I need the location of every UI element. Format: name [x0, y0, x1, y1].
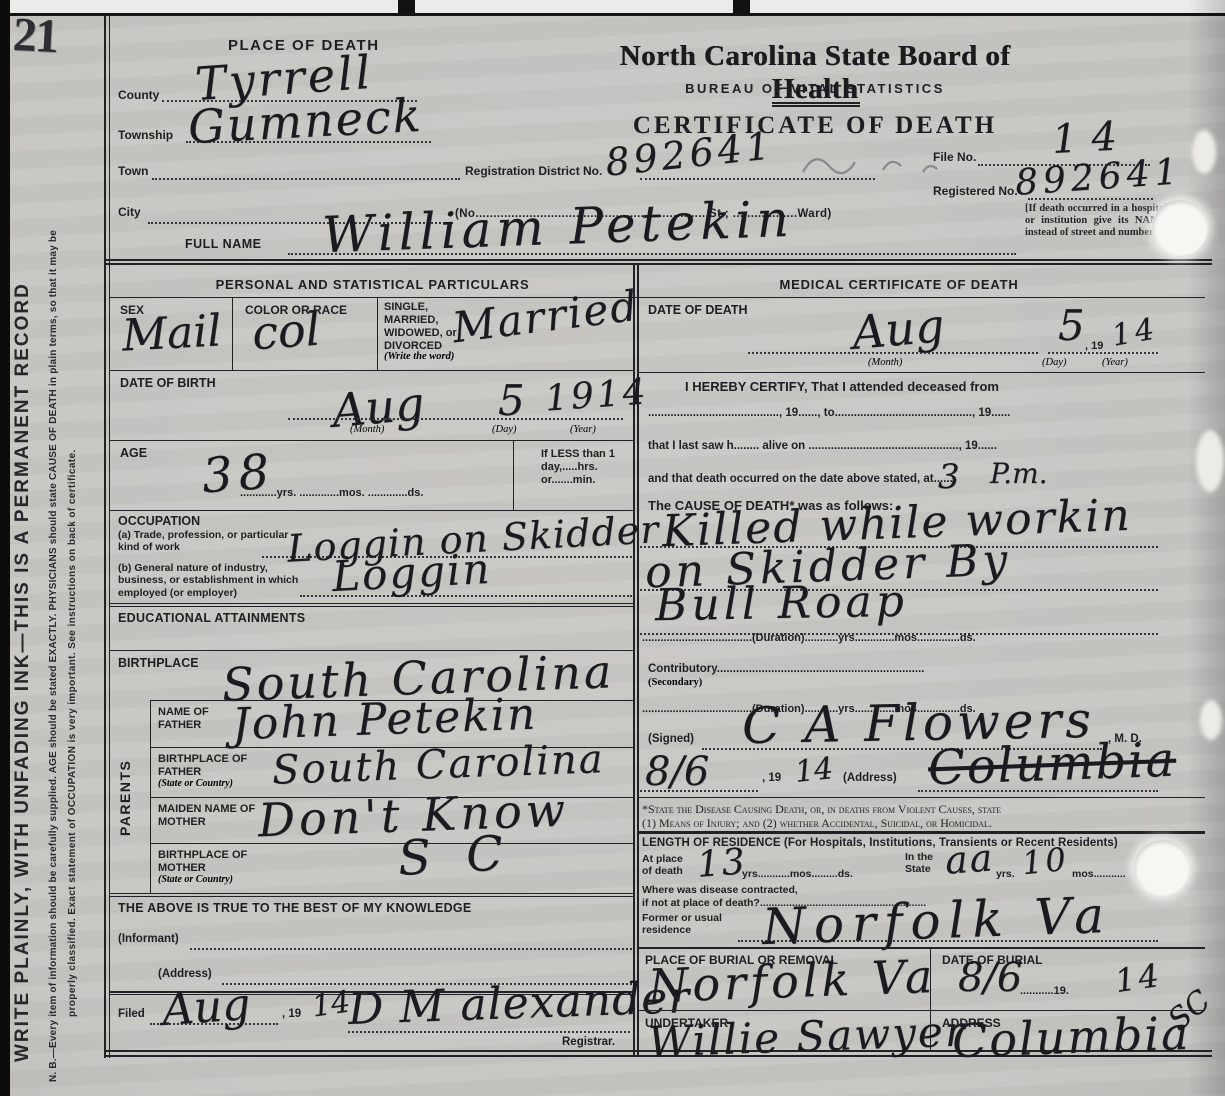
age-units: ............yrs. .............mos. .....… [240, 487, 423, 500]
day-sublabel: (Day) [1042, 357, 1067, 368]
signed-label: (Signed) [648, 733, 694, 747]
contributory-label: Contributory............................… [648, 663, 924, 677]
footnote-line-1: *State the Disease Causing Death, or, in… [642, 802, 1001, 817]
cell-divider [513, 440, 514, 510]
death-meridiem-value: P.m. [990, 460, 1048, 488]
punch-hole [1134, 840, 1190, 896]
undertaker-address-value: Columbia [951, 1010, 1191, 1064]
row-line [110, 510, 634, 511]
hospital-note: [If death occurred in a hospital or inst… [1025, 203, 1167, 239]
attest-statement: THE ABOVE IS TRUE TO THE BEST OF MY KNOW… [118, 901, 472, 916]
row-line [150, 843, 634, 844]
state-country-note: (State or Country) [158, 778, 233, 789]
date-of-death-label: DATE OF DEATH [648, 303, 748, 318]
dob-line [288, 418, 623, 420]
burial-19: ...........19. [1020, 985, 1069, 998]
file-no-value: 14 [1051, 116, 1132, 160]
death-occurred-line: and that death occurred on the date abov… [648, 473, 956, 487]
duration-line: ....................................(Dur… [642, 632, 976, 645]
cell-divider [377, 297, 378, 371]
burial-date-value: 8/6 [958, 958, 1022, 998]
date-of-death-line [1048, 352, 1158, 354]
township-value: Gumneck [187, 92, 424, 150]
row-line [110, 893, 634, 894]
occupation-a-label: (a) Trade, profession, or particular kin… [118, 529, 290, 554]
filed-year-value: 14 [310, 987, 352, 1022]
header-divider [772, 102, 860, 104]
row-line [110, 440, 634, 441]
margin-warning-text: WRITE PLAINLY, WITH UNFADING INK—THIS IS… [12, 200, 38, 1062]
paper-tear [1200, 700, 1222, 740]
death-certificate-scan: 21 WRITE PLAINLY, WITH UNFADING INK—THIS… [0, 0, 1225, 1096]
signed-date-value: 8/6 [645, 752, 709, 792]
secondary-label: (Secondary) [648, 677, 702, 688]
date-of-death-day: 5 [1058, 305, 1085, 347]
mother-birthplace-label: BIRTHPLACE OF MOTHER [158, 849, 248, 875]
city-label: City [118, 205, 141, 219]
father-birthplace-label: BIRTHPLACE OF FATHER [158, 753, 248, 779]
sex-value: Mail [121, 309, 223, 358]
registrar-signature: D M alexander [347, 976, 691, 1032]
filed-19: , 19 [282, 1008, 301, 1022]
registered-no-value: 892641 [1014, 154, 1184, 202]
file-no-label: File No. [933, 150, 976, 164]
burial-place-value: Norfolk Va [647, 953, 937, 1009]
bureau-subtitle: BUREAU OF VITAL STATISTICS [590, 81, 1040, 96]
certify-dates-line: ........................................… [648, 407, 1010, 421]
header-rule [104, 263, 1212, 265]
occupation-b-value: Loggin [331, 548, 492, 598]
medical-section-title: MEDICAL CERTIFICATE OF DEATH [638, 277, 1160, 292]
row-line [110, 370, 634, 371]
state-country-note: (State or Country) [158, 874, 233, 885]
year-sublabel: (Year) [570, 424, 596, 435]
page-number-stamp: 21 [12, 7, 59, 64]
in-state-mos-value: 10 [1020, 843, 1070, 880]
marital-note: (Write the word) [384, 351, 454, 362]
row-line [110, 896, 634, 897]
dob-label: DATE OF BIRTH [120, 376, 216, 391]
burial-year-value: 14 [1113, 959, 1164, 997]
heavy-rule [638, 831, 1205, 834]
color-race-value: col [250, 306, 321, 357]
full-name-value: William Petekin [321, 194, 794, 260]
father-name-label: NAME OF FATHER [158, 706, 238, 732]
certify-statement: I HEREBY CERTIFY, That I attended deceas… [685, 379, 999, 394]
date-of-death-year: 14 [1110, 314, 1161, 352]
form-left-rule [104, 16, 106, 1058]
form-left-rule [109, 16, 110, 1058]
dob-year-value: 1914 [544, 374, 650, 417]
filed-month-value: Aug [161, 983, 252, 1033]
in-state-mos-label: mos........... [1072, 868, 1126, 880]
registered-no-label: Registered No. [933, 184, 1018, 198]
punch-hole [1152, 200, 1208, 256]
in-state-yrs-label: yrs. [996, 868, 1015, 880]
row-line [638, 372, 1205, 373]
informant-address-label: (Address) [158, 968, 212, 982]
row-line [638, 947, 1205, 949]
month-sublabel: (Month) [350, 424, 384, 435]
left-scan-edge [0, 0, 10, 1096]
signed-year-value: 14 [794, 754, 835, 788]
row-line [110, 603, 634, 604]
age-less-note: If LESS than 1 day,.....hrs. or.......mi… [541, 448, 631, 487]
town-label: Town [118, 164, 148, 178]
dob-day-value: 5 [498, 380, 525, 422]
former-residence-label: Former or usual residence [642, 912, 732, 937]
occupation-b-label: (b) General nature of industry, business… [118, 562, 316, 599]
at-place-value: 13 [696, 844, 748, 883]
filed-label: Filed [118, 1008, 145, 1022]
date-of-death-line [748, 352, 1038, 354]
contracted-label-1: Where was disease contracted, [642, 884, 798, 896]
at-place-units: yrs...........mos.........ds. [742, 868, 853, 880]
registrar-label: Registrar. [562, 1036, 615, 1050]
mother-birthplace-value: S C [397, 829, 514, 883]
paper-tear [1192, 130, 1216, 174]
township-label: Township [118, 128, 173, 142]
birthplace-label: BIRTHPLACE [118, 656, 199, 671]
in-state-value: aa [944, 838, 996, 879]
parents-label: PARENTS [117, 735, 139, 860]
date-of-death-month: Aug [850, 302, 946, 356]
county-label: County [118, 88, 159, 102]
paper-tear [1196, 430, 1224, 492]
year-sublabel: (Year) [1102, 357, 1128, 368]
signed-address-value: Columbia [927, 736, 1177, 793]
undertaker-value: Willie Sawyer [647, 1010, 967, 1063]
registration-district-label: Registration District No. [465, 164, 602, 178]
row-line [638, 797, 1205, 798]
margin-note-line2: properly classified. Exact statement of … [67, 205, 82, 1017]
header-rule [104, 259, 1212, 261]
footnote-line-2: (1) Means of Injury; and (2) whether Acc… [642, 816, 992, 831]
in-state-label: In the State [905, 851, 947, 876]
top-scan-strip [0, 0, 1225, 13]
cause-line-3: Bull Roap [655, 580, 909, 628]
marital-value: Married [450, 285, 641, 350]
signed-19: , 19 [762, 772, 781, 786]
town-line [152, 178, 460, 180]
mother-name-label: MAIDEN NAME OF MOTHER [158, 803, 258, 829]
former-residence-value: Norfolk Va [761, 890, 1112, 952]
top-edge-line [0, 13, 1225, 16]
margin-note-line1: N. B.—Every item of information should b… [48, 150, 63, 1082]
cell-divider [232, 297, 233, 371]
informant-label: (Informant) [118, 933, 179, 947]
signed-address-label: (Address) [843, 772, 897, 786]
month-sublabel: (Month) [868, 357, 902, 368]
signed-date-line [640, 790, 758, 792]
binder-tab [733, 0, 750, 13]
informant-line [190, 948, 632, 950]
row-line [110, 606, 634, 607]
binder-tab [398, 0, 415, 13]
age-label: AGE [120, 446, 147, 461]
row-line [110, 297, 1205, 298]
occupation-label: OCCUPATION [118, 514, 200, 529]
at-place-label: At place of death [642, 853, 694, 878]
education-label: EDUCATIONAL ATTAINMENTS [118, 611, 305, 626]
full-name-label: FULL NAME [185, 237, 262, 252]
day-sublabel: (Day) [492, 424, 517, 435]
last-saw-line: that I last saw h........ alive on .....… [648, 440, 997, 454]
death-time-value: 3 [938, 460, 960, 494]
header-divider [772, 105, 860, 107]
